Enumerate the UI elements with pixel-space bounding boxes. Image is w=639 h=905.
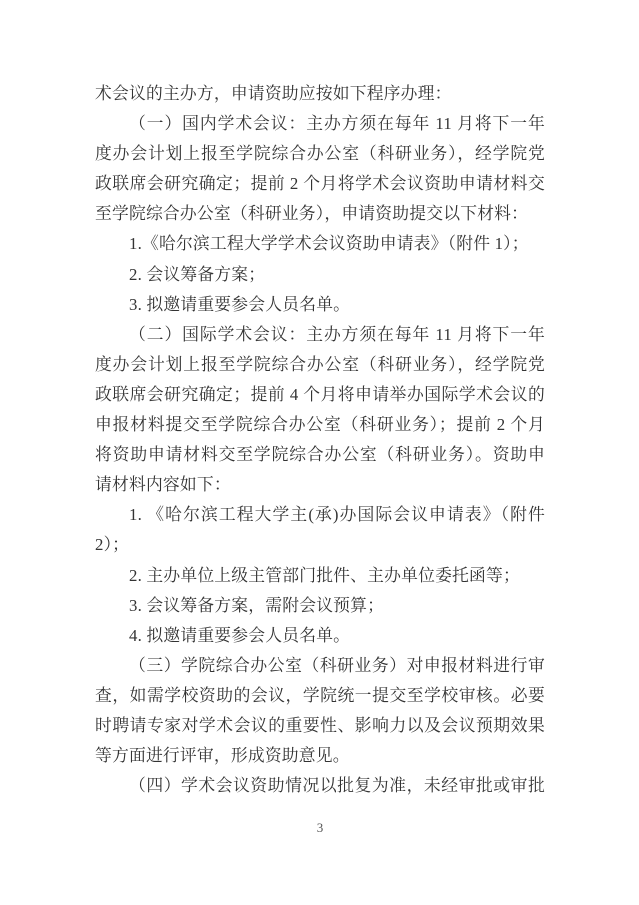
- text-line: 2. 主办单位上级主管部门批件、主办单位委托函等；: [95, 561, 545, 591]
- text-line: （四）学术会议资助情况以批复为准，未经审批或审批: [95, 771, 545, 801]
- document-body: 术会议的主办方，申请资助应按如下程序办理：（一）国内学术会议：主办方须在每年 1…: [95, 79, 545, 801]
- text-line: 4. 拟邀请重要参会人员名单。: [95, 621, 545, 651]
- page-number: 3: [95, 820, 545, 836]
- text-line: 术会议的主办方，申请资助应按如下程序办理：: [95, 79, 545, 109]
- text-line: 1.《哈尔滨工程大学学术会议资助申请表》（附件 1）；: [95, 229, 545, 259]
- text-line: （二）国际学术会议：主办方须在每年 11 月将下一年: [95, 320, 545, 350]
- text-line: （三）学院综合办公室（科研业务）对申报材料进行审: [95, 651, 545, 681]
- document-page: 术会议的主办方，申请资助应按如下程序办理：（一）国内学术会议：主办方须在每年 1…: [0, 0, 639, 905]
- text-line: 政联席会研究确定；提前 2 个月将学术会议资助申请材料交: [95, 169, 545, 199]
- text-line: 度办会计划上报至学院综合办公室（科研业务），经学院党: [95, 139, 545, 169]
- text-line: 查，如需学校资助的会议，学院统一提交至学校审核。必要: [95, 681, 545, 711]
- text-line: 申报材料提交至学院综合办公室（科研业务）；提前 2 个月: [95, 410, 545, 440]
- text-line: 度办会计划上报至学院综合办公室（科研业务），经学院党: [95, 350, 545, 380]
- text-line: （一）国内学术会议：主办方须在每年 11 月将下一年: [95, 109, 545, 139]
- text-line: 2）；: [95, 530, 545, 560]
- text-line: 2. 会议筹备方案；: [95, 260, 545, 290]
- text-line: 将资助申请材料交至学院综合办公室（科研业务）。资助申: [95, 440, 545, 470]
- text-line: 请材料内容如下：: [95, 470, 545, 500]
- text-line: 至学院综合办公室（科研业务），申请资助提交以下材料：: [95, 199, 545, 229]
- text-line: 等方面进行评审，形成资助意见。: [95, 741, 545, 771]
- text-line: 时聘请专家对学术会议的重要性、影响力以及会议预期效果: [95, 711, 545, 741]
- text-line: 1. 《哈尔滨工程大学主(承)办国际会议申请表》（附件: [95, 500, 545, 530]
- text-line: 3. 拟邀请重要参会人员名单。: [95, 290, 545, 320]
- text-line: 政联席会研究确定；提前 4 个月将申请举办国际学术会议的: [95, 380, 545, 410]
- text-line: 3. 会议筹备方案，需附会议预算；: [95, 591, 545, 621]
